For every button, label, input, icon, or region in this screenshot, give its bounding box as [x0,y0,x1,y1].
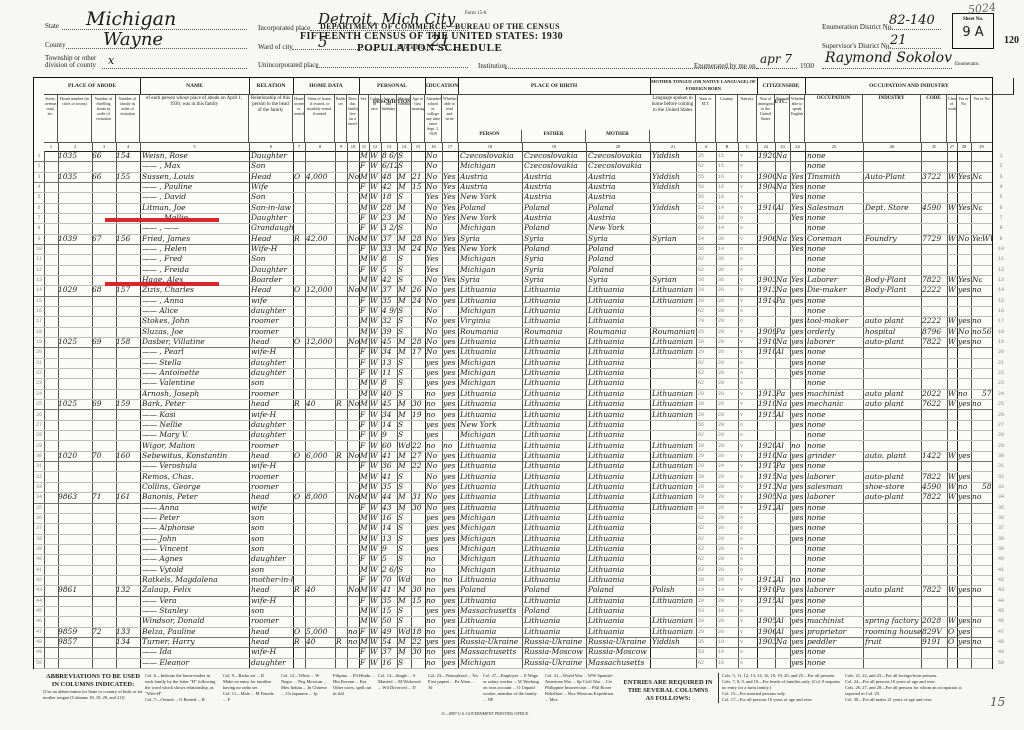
immigration-year [758,213,775,223]
veteran [972,647,982,657]
sheet-number-box: Sheet No. 9 A [952,13,994,49]
industry: Auto-Plant [865,172,921,182]
occupation: none [807,513,863,523]
dwelling-number [92,461,116,471]
code-c: o [740,316,757,326]
read-write [443,544,458,554]
home-value [306,203,335,213]
code-a: 20 [698,575,716,585]
age: 39 [382,327,397,337]
veteran [972,306,982,316]
house-number: 1020 [58,451,92,461]
birthplace-person: Czecoslovakia [460,151,522,161]
naturalization: Pa [776,389,790,399]
line-number: 48 [34,637,44,647]
home-value [306,316,335,326]
birthplace-father: Syria [524,265,586,275]
marital: M [398,647,411,657]
sex: F [360,358,369,368]
sex: F [360,347,369,357]
birthplace-person: Michigan [460,254,522,264]
radio-set [336,441,347,451]
home-owned [294,534,305,544]
sex: F [360,296,369,306]
abbreviations-note: [Use no abbreviation for State or countr… [43,689,143,701]
immigration-year [758,513,775,523]
farm [348,347,359,357]
occupation-code: 829V [922,627,947,637]
code-a: 56 [698,192,716,202]
birthplace-father: Lithuania [524,544,586,554]
speaks-english: yes [791,347,805,357]
speaks-english: Yes [791,234,805,244]
birthplace-mother: Poland [588,254,650,264]
race: W [370,430,381,440]
age-married [412,368,425,378]
home-value [306,151,335,161]
naturalization: Al [776,347,790,357]
occupation: none [807,441,863,451]
line-number-right: 21 [994,358,1008,368]
age: 34 [382,347,397,357]
sex: M [360,327,369,337]
veteran [972,482,982,492]
marital: M [398,172,411,182]
code-a: 20 [698,627,716,637]
age: 35 [382,296,397,306]
page-stamp: 120 [1004,35,1019,46]
farm [348,254,359,264]
industry: auto. plant [865,451,921,461]
occupation-code [922,244,947,254]
home-value [306,472,335,482]
birthplace-person: Massachusetts [460,647,522,657]
code-a: 62 [698,368,716,378]
radio-set [336,161,347,171]
birthplace-mother: Lithuania [588,503,650,513]
person-name: —— Veroshula [142,461,249,471]
code-b: 20 [718,358,738,368]
code-b: 20 [718,368,738,378]
line-number-right: 25 [994,399,1008,409]
occupation: none [807,254,863,264]
code-c: v [740,482,757,492]
sheet-value: 9 A [953,25,993,40]
line-number-right: 48 [994,637,1008,647]
family-number: 159 [116,399,140,409]
race: W [370,358,381,368]
code-c: o [740,192,757,202]
veteran: no [972,327,982,337]
age-married: 22 [412,441,425,451]
birthplace-mother: Czecoslovakia [588,151,650,161]
marital: Wd [398,575,411,585]
age-married [412,358,425,368]
home-value [306,161,335,171]
code-c: v [740,296,757,306]
worker-class: W [948,389,957,399]
dwelling-number: 72 [92,627,116,637]
code-a: 56 [698,213,716,223]
immigration-year: 1910 [758,347,775,357]
family-number: 161 [116,492,140,502]
code-b: 14 [718,244,738,254]
radio-set [336,296,347,306]
code-b: 20 [718,296,738,306]
dwelling-number [92,658,116,668]
veteran [972,441,982,451]
birthplace-mother: New York [588,223,650,233]
employed [958,565,971,575]
occupation-code: 7622 [922,399,947,409]
age: 18 [382,192,397,202]
birthplace-person: Michigan [460,513,522,523]
read-write: yes [443,461,458,471]
read-write: yes [443,585,458,595]
relation: son [251,565,293,575]
person-name: —— Ida [142,647,249,657]
mother-tongue [652,265,696,275]
mother-tongue [652,223,696,233]
radio-set: R [336,451,347,461]
industry [865,565,921,575]
speaks-english: yes [791,410,805,420]
occupation: none [807,368,863,378]
occupation: none [807,161,863,171]
relation: roomer [251,327,293,337]
birthplace-mother: Syria [588,234,650,244]
school: No [426,234,442,244]
race: W [370,441,381,451]
school: No [426,461,442,471]
code-b: 20 [718,616,738,626]
speaks-english: yes [791,606,805,616]
age-married [412,389,425,399]
colhead-industry: INDUSTRY [863,94,921,142]
employed [958,347,971,357]
home-owned [294,647,305,657]
relation: head [251,627,293,637]
mother-tongue: Lithuanian [652,451,696,461]
home-value: 6,000 [306,451,335,461]
worker-class: W [948,482,957,492]
immigration-year [758,606,775,616]
veteran [972,410,982,420]
birthplace-mother: Lithuania [588,544,650,554]
naturalization [776,192,790,202]
code-b: 20 [718,482,738,492]
worker-class: W [948,399,957,409]
school: no [426,658,442,668]
age-married: 28 [412,337,425,347]
birthplace-father: Lithuania [524,441,586,451]
home-value [306,441,335,451]
home-owned [294,275,305,285]
employed [958,306,971,316]
birthplace-person: Lithuania [460,410,522,420]
age-married [412,544,425,554]
school: Yes [426,254,442,264]
radio-set [336,492,347,502]
school: No [426,213,442,223]
line-number-right: 8 [994,223,1008,233]
birthplace-father: Poland [524,223,586,233]
occupation-code [922,544,947,554]
family-number [116,223,140,233]
marital: S [398,482,411,492]
read-write: yes [443,368,458,378]
radio-set [336,658,347,668]
age: 36 [382,461,397,471]
veteran: no [972,637,982,647]
radio-set [336,472,347,482]
line-number: 14 [34,285,44,295]
industry: hospital [865,327,921,337]
dwelling-number [92,368,116,378]
home-owned [294,420,305,430]
enumerated-label: Enumerated by me on [694,62,756,70]
birthplace-person: Michigan [460,161,522,171]
line-number: 10 [34,244,44,254]
entries-7: Cols. 26, 27, and 28—For all persons for… [845,685,965,697]
sex: F [360,575,369,585]
birthplace-father: Lithuania [524,596,586,606]
occupation-code [922,513,947,523]
industry [865,420,921,430]
war [982,658,992,668]
occupation: none [807,192,863,202]
read-write: yes [443,451,458,461]
birthplace-father: Lithuania [524,472,586,482]
code-c: o [740,213,757,223]
sex: M [360,482,369,492]
sex: F [360,554,369,564]
family-number: 134 [116,637,140,647]
mother-tongue: Yiddish [652,151,696,161]
race: W [370,410,381,420]
naturalization [776,213,790,223]
line-number-right: 15 [994,296,1008,306]
radio-set [336,192,347,202]
employed [958,223,971,233]
employed: no [958,482,971,492]
age-married: 24 [412,296,425,306]
immigration-year [758,420,775,430]
veteran [972,461,982,471]
birthplace-mother: Lithuania [588,461,650,471]
code-a: 20 [698,492,716,502]
relation: head [251,637,293,647]
marital: S [398,513,411,523]
speaks-english: Yes [791,203,805,213]
code-b: 20 [718,441,738,451]
race: W [370,554,381,564]
immigration-year: 1915 [758,410,775,420]
relation: mother-in-law [251,575,293,585]
birthplace-father: Poland [524,244,586,254]
sex: M [360,172,369,182]
farm [348,327,359,337]
marital: M [398,585,411,595]
naturalization [776,430,790,440]
worker-class: O [948,637,957,647]
family-number [116,472,140,482]
birthplace-person: Lithuania [460,399,522,409]
sex: M [360,565,369,575]
colhead-vet: Yes or No [971,94,992,142]
line-number: 34 [34,492,44,502]
birthplace-person: Lithuania [460,337,522,347]
mother-tongue [652,358,696,368]
mother-tongue [652,368,696,378]
home-value [306,647,335,657]
farm [348,275,359,285]
read-write [443,151,458,161]
war [982,265,992,275]
birthplace-father: Austria [524,213,586,223]
dwelling-number: 68 [92,285,116,295]
speaks-english: Yes [791,182,805,192]
immigration-year: 1913 [758,482,775,492]
sex: F [360,368,369,378]
veteran [972,534,982,544]
birthplace-mother: Austria [588,192,650,202]
speaks-english: yes [791,482,805,492]
occupation: none [807,554,863,564]
dwelling-number: 67 [92,234,116,244]
house-number [58,596,92,606]
code-c: v [740,410,757,420]
race: W [370,523,381,533]
marital: S [398,316,411,326]
home-owned [294,616,305,626]
veteran [972,192,982,202]
person-name: —— , Fred [142,254,249,264]
occupation: none [807,296,863,306]
code-a: 55 [698,172,716,182]
line-number-right: 33 [994,482,1008,492]
line-number-right: 9 [994,234,1008,244]
line-number: 40 [34,554,44,564]
house-number [58,368,92,378]
worker-class: O [948,627,957,637]
veteran [972,451,982,461]
code-a: 62 [698,554,716,564]
speaks-english: yes [791,472,805,482]
dwelling-number [92,575,116,585]
occupation-code [922,161,947,171]
family-number [116,203,140,213]
birthplace-person: Austria [460,172,522,182]
school: No [426,182,442,192]
immigration-year [758,658,775,668]
farm: no [348,627,359,637]
age: 41 [382,472,397,482]
dwelling-number [92,637,116,647]
immigration-year: 1900 [758,172,775,182]
marital: S [398,306,411,316]
veteran [972,389,982,399]
employed [958,420,971,430]
birthplace-father: Lithuania [524,378,586,388]
mother-tongue: Lithuanian [652,337,696,347]
age: 41 [382,585,397,595]
immigration-year [758,254,775,264]
colhead-code-a: State or M.T. [696,94,716,142]
code-b: 16 [718,172,738,182]
worker-class: W [948,285,957,295]
veteran [972,420,982,430]
immigration-year [758,265,775,275]
line-number: 19 [34,337,44,347]
relation: wife [251,503,293,513]
code-b: 20 [718,337,738,347]
relation: daughter [251,358,293,368]
code-c: v [740,637,757,647]
home-value [306,658,335,668]
age-married: 22 [412,461,425,471]
colhead-age: Age at last birthday [381,94,397,142]
marital: M [398,234,411,244]
radio-set [336,389,347,399]
occupation: none [807,182,863,192]
family-number: 158 [116,337,140,347]
marital: S [398,254,411,264]
dwelling-number [92,410,116,420]
code-c: v [740,151,757,161]
enum-district-line [886,29,941,30]
farm [348,389,359,399]
veteran [972,151,982,161]
birthplace-mother: Lithuania [588,358,650,368]
home-owned [294,544,305,554]
code-a: 20 [698,441,716,451]
worker-class [948,513,957,523]
marital: S [398,265,411,275]
employed [958,378,971,388]
war [982,161,992,171]
age-married: 21 [412,172,425,182]
dwelling-number: 66 [92,172,116,182]
industry: auto plant [865,389,921,399]
age-married: 30 [412,503,425,513]
relation: wife-H [251,410,293,420]
age-married [412,513,425,523]
war [982,430,992,440]
veteran [972,358,982,368]
age: 70 [382,575,397,585]
line-number: 17 [34,316,44,326]
age-married [412,658,425,668]
birthplace-mother: Lithuania [588,472,650,482]
birthplace-mother: Russia-Ukraine [588,637,650,647]
house-number [58,223,92,233]
family-number [116,503,140,513]
sex: F [360,223,369,233]
marital: M [398,503,411,513]
birthplace-father: Czecoslovakia [524,161,586,171]
read-write [443,161,458,171]
colhead-sex: Sex [359,94,369,142]
immigration-year [758,565,775,575]
birthplace-mother: Lithuania [588,596,650,606]
marital: M [398,347,411,357]
sex: F [360,244,369,254]
occupation: laborer [807,337,863,347]
farm [348,378,359,388]
line-number-right: 42 [994,575,1008,585]
code-a: 56 [698,275,716,285]
